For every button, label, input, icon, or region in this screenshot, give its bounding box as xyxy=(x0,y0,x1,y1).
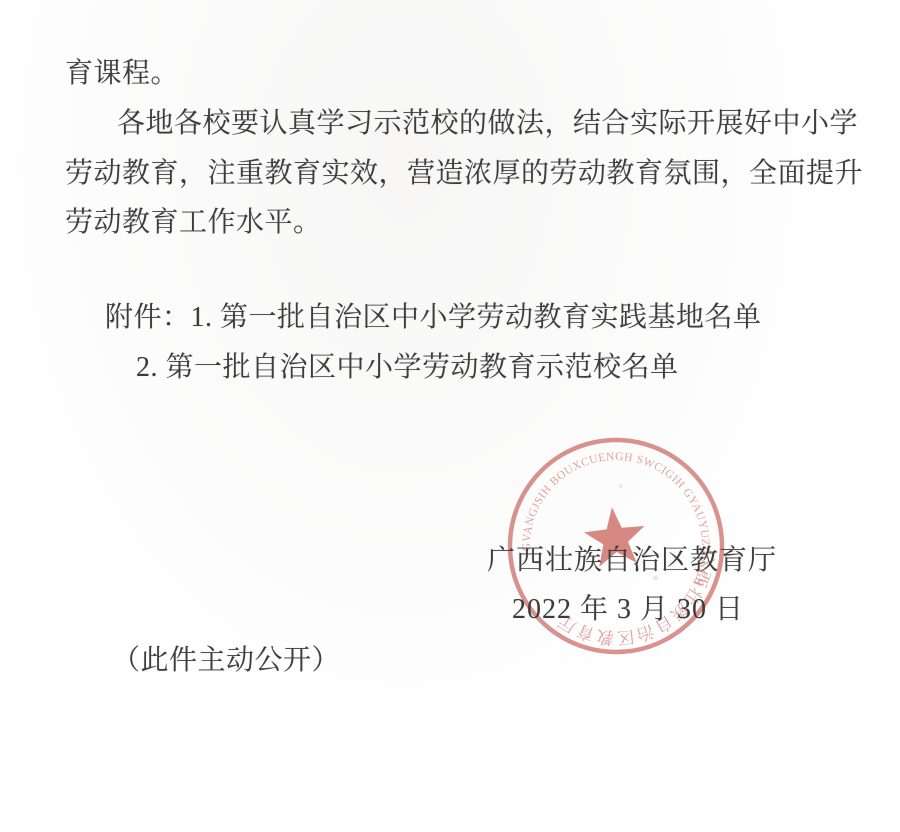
attachment-line-2: 2. 第一批自治区中小学劳动教育示范校名单 xyxy=(136,350,679,385)
disclosure-note: （此件主动公开） xyxy=(112,643,340,678)
body-line-2: 各地各校要认真学习示范校的做法，结合实际开展好中小学 xyxy=(117,106,858,141)
body-line-3: 劳动教育，注重教育实效，营造浓厚的劳动教育氛围，全面提升 xyxy=(65,156,863,191)
attachment-line-1: 附件：1. 第一批自治区中小学劳动教育实践基地名单 xyxy=(105,300,762,335)
body-line-1: 育课程。 xyxy=(65,56,179,91)
body-line-4: 劳动教育工作水平。 xyxy=(65,205,322,240)
document-page: 育课程。 各地各校要认真学习示范校的做法，结合实际开展好中小学 劳动教育，注重教… xyxy=(0,0,900,832)
signature-date: 2022 年 3 月 30 日 xyxy=(512,592,744,627)
agency-name: 广西壮族自治区教育厅 xyxy=(487,543,777,578)
